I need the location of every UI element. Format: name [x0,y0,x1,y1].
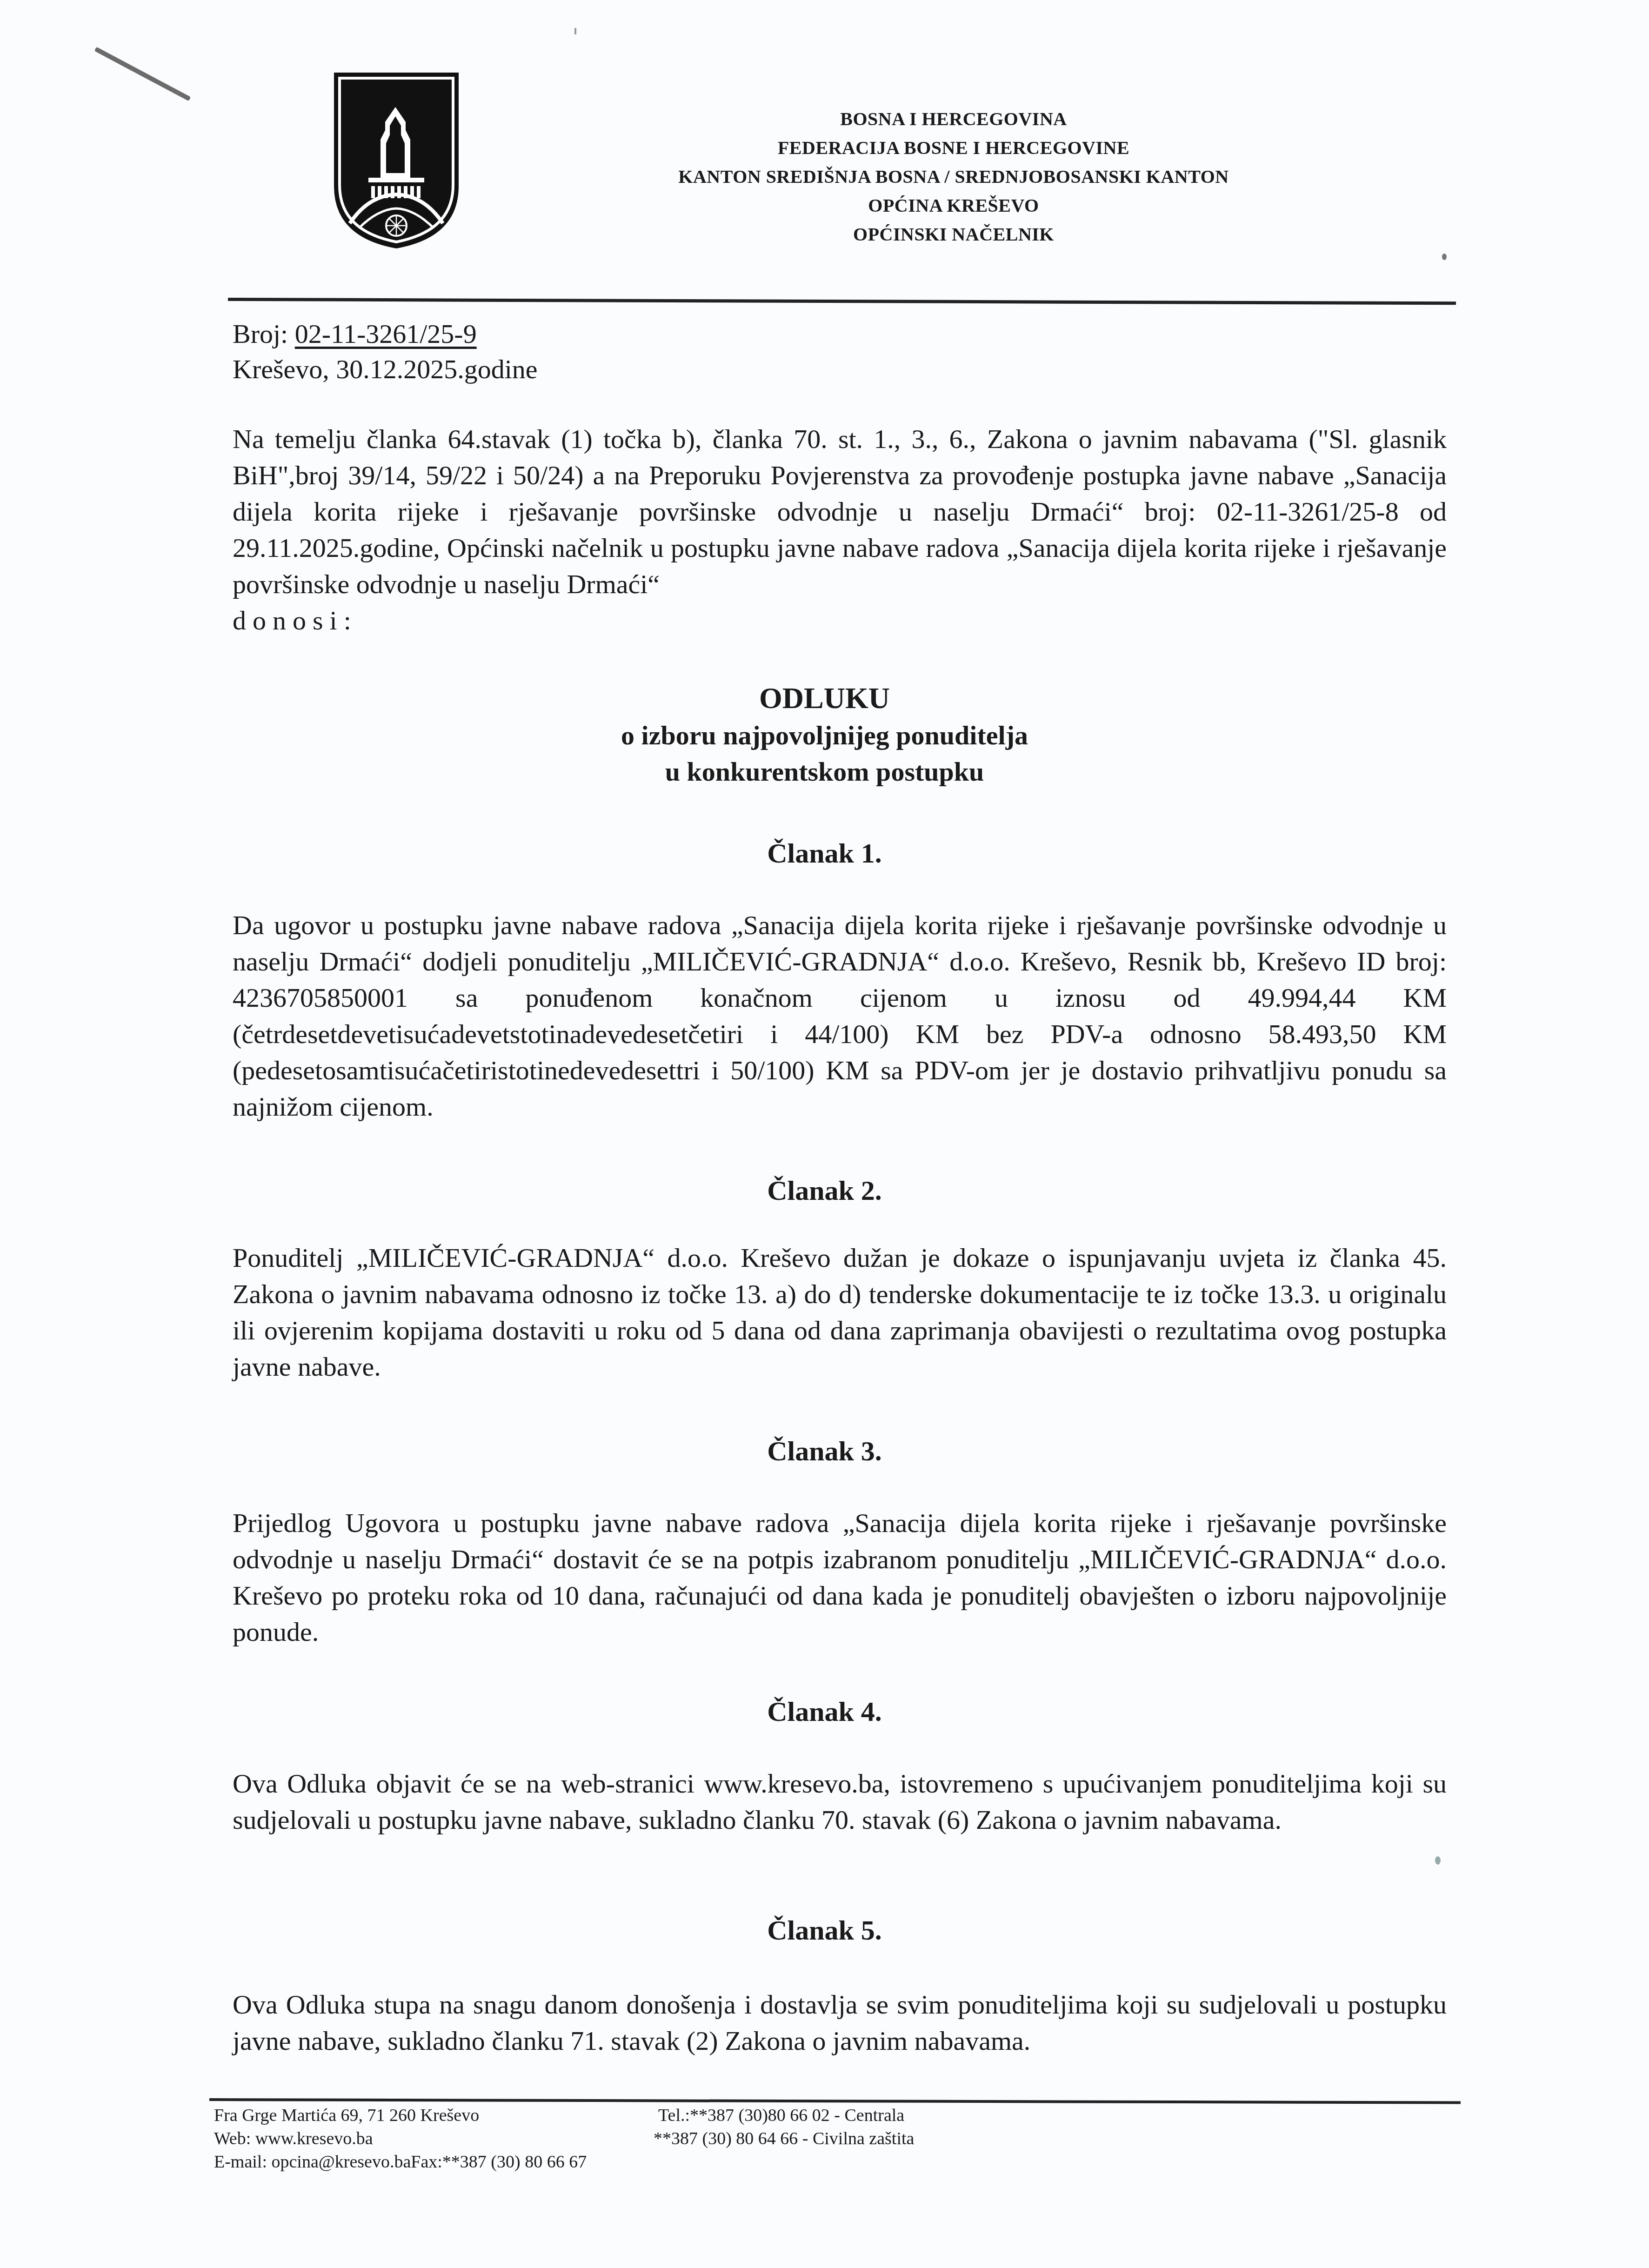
footer-tel-civil: **387 (30) 80 64 66 - Civilna zaštita [654,2127,914,2150]
footer-divider [209,2098,1461,2104]
reference-value: 02-11-3261/25-9 [295,319,477,349]
article-4-text: Ova Odluka objavit će se na web-stranici… [233,1766,1447,1838]
article-1-heading: Članak 1. [0,835,1649,871]
staple-mark [94,47,191,101]
decision-title: ODLUKU o izboru najpovoljnijeg ponuditel… [0,679,1649,790]
footer-tel-central: Tel.:**387 (30)80 66 02 - Centrala [658,2104,914,2127]
header-divider [228,298,1456,305]
article-5-heading: Članak 5. [0,1912,1649,1948]
header-line-federation: FEDERACIJA BOSNE I HERCEGOVINE [605,134,1302,162]
document-meta: Broj: 02-11-3261/25-9 Kreševo, 30.12.202… [233,316,538,387]
donosi-text: donosi: [233,602,1447,639]
municipal-coat-of-arms-icon [331,70,461,251]
header-line-canton: KANTON SREDIŠNJA BOSNA / SREDNJOBOSANSKI… [605,162,1302,191]
article-1-text: Da ugovor u postupku javne nabave radova… [233,907,1447,1125]
preamble-paragraph: Na temelju članka 64.stavak (1) točka b)… [233,421,1447,639]
decision-title-main: ODLUKU [0,679,1649,717]
article-2-text: Ponuditelj „MILIČEVIĆ-GRADNJA“ d.o.o. Kr… [233,1240,1447,1385]
footer-contact-right: Tel.:**387 (30)80 66 02 - Centrala **387… [654,2104,914,2150]
decision-title-sub2: u konkurentskom postupku [0,754,1649,790]
scan-artifact [1442,254,1447,260]
decision-title-sub1: o izboru najpovoljnijeg ponuditelja [0,717,1649,754]
footer-email-fax[interactable]: E-mail: opcina@kresevo.baFax:**387 (30) … [214,2150,587,2174]
header-line-mayor: OPĆINSKI NAČELNIK [605,220,1302,249]
header-line-municipality: OPĆINA KREŠEVO [605,191,1302,220]
footer-address: Fra Grge Martića 69, 71 260 Kreševo [214,2104,587,2127]
article-3-heading: Članak 3. [0,1433,1649,1469]
reference-label: Broj: [233,319,295,349]
footer-web[interactable]: Web: www.kresevo.ba [214,2127,587,2150]
issuer-header: BOSNA I HERCEGOVINA FEDERACIJA BOSNE I H… [605,105,1302,249]
article-2-heading: Članak 2. [0,1172,1649,1209]
header-line-country: BOSNA I HERCEGOVINA [605,105,1302,134]
article-5-text: Ova Odluka stupa na snagu danom donošenj… [233,1987,1447,2059]
reference-number: Broj: 02-11-3261/25-9 [233,316,538,352]
document-page: BOSNA I HERCEGOVINA FEDERACIJA BOSNE I H… [0,0,1649,2268]
footer-contact-left: Fra Grge Martića 69, 71 260 Kreševo Web:… [214,2104,587,2174]
place-date: Kreševo, 30.12.2025.godine [233,352,538,387]
article-3-text: Prijedlog Ugovora u postupku javne nabav… [233,1505,1447,1650]
article-4-heading: Članak 4. [0,1693,1649,1730]
scan-artifact [574,28,576,34]
preamble-text: Na temelju članka 64.stavak (1) točka b)… [233,424,1447,599]
scan-artifact [1435,1856,1441,1865]
